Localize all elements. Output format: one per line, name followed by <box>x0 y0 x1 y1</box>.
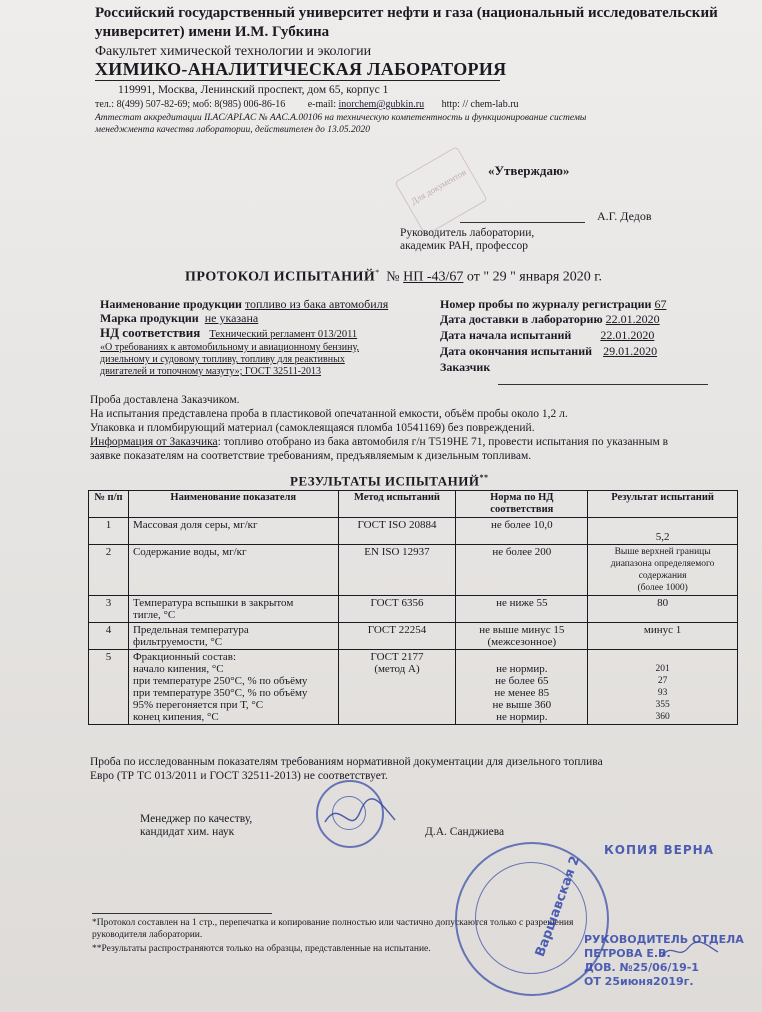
signatory-role-line2: кандидат хим. наук <box>140 826 234 839</box>
delivery-date-row: Дата доставки в лабораторию 22.01.2020 <box>440 312 660 326</box>
lab-contacts: тел.: 8(499) 507-82-69; моб: 8(985) 006-… <box>95 99 519 111</box>
row-method: ГОСТ ISO 20884 <box>338 518 456 545</box>
end-date-row: Дата окончания испытаний 29.01.2020 <box>440 344 657 358</box>
cert-line2: ПЕТРОВА Е.В. <box>584 947 671 960</box>
protocol-number: НП -43/67 <box>403 270 463 285</box>
footnote1-line2: руководителя лаборатории. <box>92 930 202 940</box>
row-norm: не более 200 <box>456 545 588 596</box>
conclusion-line1: Проба по исследованным показателям требо… <box>90 756 603 769</box>
row-number: 2 <box>89 545 129 596</box>
product-name-row: Наименование продукции топливо из бака а… <box>100 297 388 311</box>
customer-row: Заказчик <box>440 360 490 374</box>
results-row: 1Массовая доля серы, мг/кгГОСТ ISO 20884… <box>89 518 738 545</box>
accreditation-line2: менеджмента качества лаборатории, действ… <box>95 124 370 136</box>
col-name: Наименование показателя <box>128 491 338 518</box>
lab-title: ХИМИКО-АНАЛИТИЧЕСКАЯ ЛАБОРАТОРИЯ <box>95 59 500 81</box>
results-title: РЕЗУЛЬТАТЫ ИСПЫТАНИЙ** <box>290 473 489 489</box>
row-norm: не более 10,0 <box>456 518 588 545</box>
approval-label: «Утверждаю» <box>488 163 569 179</box>
col-number: № п/п <box>89 491 129 518</box>
results-row: 4Предельная температурафильтруемости, °С… <box>89 623 738 650</box>
row-number: 5 <box>89 650 129 725</box>
nd-detail-line2: дизельному и судовому топливу, топливу д… <box>100 354 345 366</box>
row-indicator-name: Массовая доля серы, мг/кг <box>128 518 338 545</box>
lab-address: 119991, Москва, Ленинский проспект, дом … <box>118 84 388 96</box>
col-norm: Норма по НД соответствия <box>456 491 588 518</box>
phone-text: тел.: 8(499) 507-82-69; моб: 8(985) 006-… <box>95 99 285 110</box>
start-date-value: 22.01.2020 <box>600 328 654 342</box>
row-result: 80 <box>588 596 738 623</box>
note-line2: На испытания представлена проба в пласти… <box>90 408 568 421</box>
nd-value: Технический регламент 013/2011 <box>209 329 357 340</box>
row-result: минус 1 <box>588 623 738 650</box>
row-method: ГОСТ 22254 <box>338 623 456 650</box>
footnote2: **Результаты распространяются только на … <box>92 944 431 954</box>
nd-detail-line1: «О требованиях к автомобильному и авиаци… <box>100 342 359 354</box>
approval-position-line2: академик РАН, профессор <box>400 240 528 252</box>
protocol-heading: ПРОТОКОЛ ИСПЫТАНИЙ* № НП -43/67 от " 29 … <box>185 268 602 286</box>
approval-signatory: А.Г. Дедов <box>597 209 652 224</box>
col-method: Метод испытаний <box>338 491 456 518</box>
cert-signature <box>660 938 720 963</box>
product-name-value: топливо из бака автомобиля <box>245 297 388 311</box>
row-number: 3 <box>89 596 129 623</box>
footnote-divider <box>92 913 272 914</box>
row-method: ГОСТ 6356 <box>338 596 456 623</box>
row-norm: не выше минус 15(межсезонное) <box>456 623 588 650</box>
row-result: 5,2 <box>588 518 738 545</box>
website-link[interactable]: http: // chem-lab.ru <box>442 99 519 110</box>
nd-detail-line3: двигателей и топочному мазуту»; ГОСТ 325… <box>100 366 321 378</box>
signature-scribble <box>320 792 400 842</box>
accreditation-line1: Аттестат аккредитации ILAC/APLAC № AAC.A… <box>95 112 586 124</box>
customer-info-line2: заявке показателям на соответствие требо… <box>90 450 531 463</box>
end-date-value: 29.01.2020 <box>603 344 657 358</box>
row-norm: не ниже 55 <box>456 596 588 623</box>
customer-value-line <box>498 384 708 385</box>
row-indicator-name: Фракционный состав:начало кипения, °Спри… <box>128 650 338 725</box>
col-result: Результат испытаний <box>588 491 738 518</box>
row-result: Выше верхней границыдиапазона определяем… <box>588 545 738 596</box>
approval-signature-line <box>460 222 585 223</box>
university-name-line1: Российский государственный университет н… <box>95 4 718 22</box>
email-link[interactable]: inorchem@gubkin.ru <box>339 99 425 110</box>
row-indicator-name: Температура вспышки в закрытомтигле, °С <box>128 596 338 623</box>
university-name-line2: университет) имени И.М. Губкина <box>95 23 329 41</box>
row-method: EN ISO 12937 <box>338 545 456 596</box>
faculty-name: Факультет химической технологии и эколог… <box>95 43 371 60</box>
note-line1: Проба доставлена Заказчиком. <box>90 394 239 407</box>
signatory-name: Д.А. Санджиева <box>425 826 504 839</box>
start-date-row: Дата начала испытаний 22.01.2020 <box>440 328 654 342</box>
row-result: 2012793355360 <box>588 650 738 725</box>
document-page: Российский государственный университет н… <box>0 0 762 1012</box>
email-label: e-mail: <box>308 99 336 110</box>
results-header-row: № п/п Наименование показателя Метод испы… <box>89 491 738 518</box>
row-indicator-name: Предельная температурафильтруемости, °С <box>128 623 338 650</box>
product-brand-value: не указана <box>205 311 259 325</box>
customer-info-line1: Информация от Заказчика: топливо отобран… <box>90 436 668 449</box>
row-number: 4 <box>89 623 129 650</box>
protocol-title: ПРОТОКОЛ ИСПЫТАНИЙ <box>185 270 375 285</box>
row-norm: не нормир.не более 65не менее 85не выше … <box>456 650 588 725</box>
results-table: № п/п Наименование показателя Метод испы… <box>88 490 738 725</box>
results-row: 3Температура вспышки в закрытомтигле, °С… <box>89 596 738 623</box>
product-brand-row: Марка продукции не указана <box>100 311 258 325</box>
row-number: 1 <box>89 518 129 545</box>
row-method: ГОСТ 2177(метод А) <box>338 650 456 725</box>
results-row: 5Фракционный состав:начало кипения, °Спр… <box>89 650 738 725</box>
row-indicator-name: Содержание воды, мг/кг <box>128 545 338 596</box>
delivery-date-value: 22.01.2020 <box>606 312 660 326</box>
results-row: 2Содержание воды, мг/кгEN ISO 12937не бо… <box>89 545 738 596</box>
cert-line4: ОТ 25июня2019г. <box>584 975 694 988</box>
copy-certified-label: КОПИЯ ВЕРНА <box>604 843 714 857</box>
signatory-role-line1: Менеджер по качеству, <box>140 813 252 826</box>
journal-number-value: 67 <box>654 297 666 311</box>
nd-row: НД соответствия Технический регламент 01… <box>100 326 357 342</box>
journal-number-row: Номер пробы по журналу регистрации 67 <box>440 297 666 311</box>
note-line3: Упаковка и пломбирующий материал (самокл… <box>90 422 535 435</box>
approval-position-line1: Руководитель лаборатории, <box>400 227 534 239</box>
protocol-date: от " 29 " января 2020 г. <box>467 270 602 285</box>
